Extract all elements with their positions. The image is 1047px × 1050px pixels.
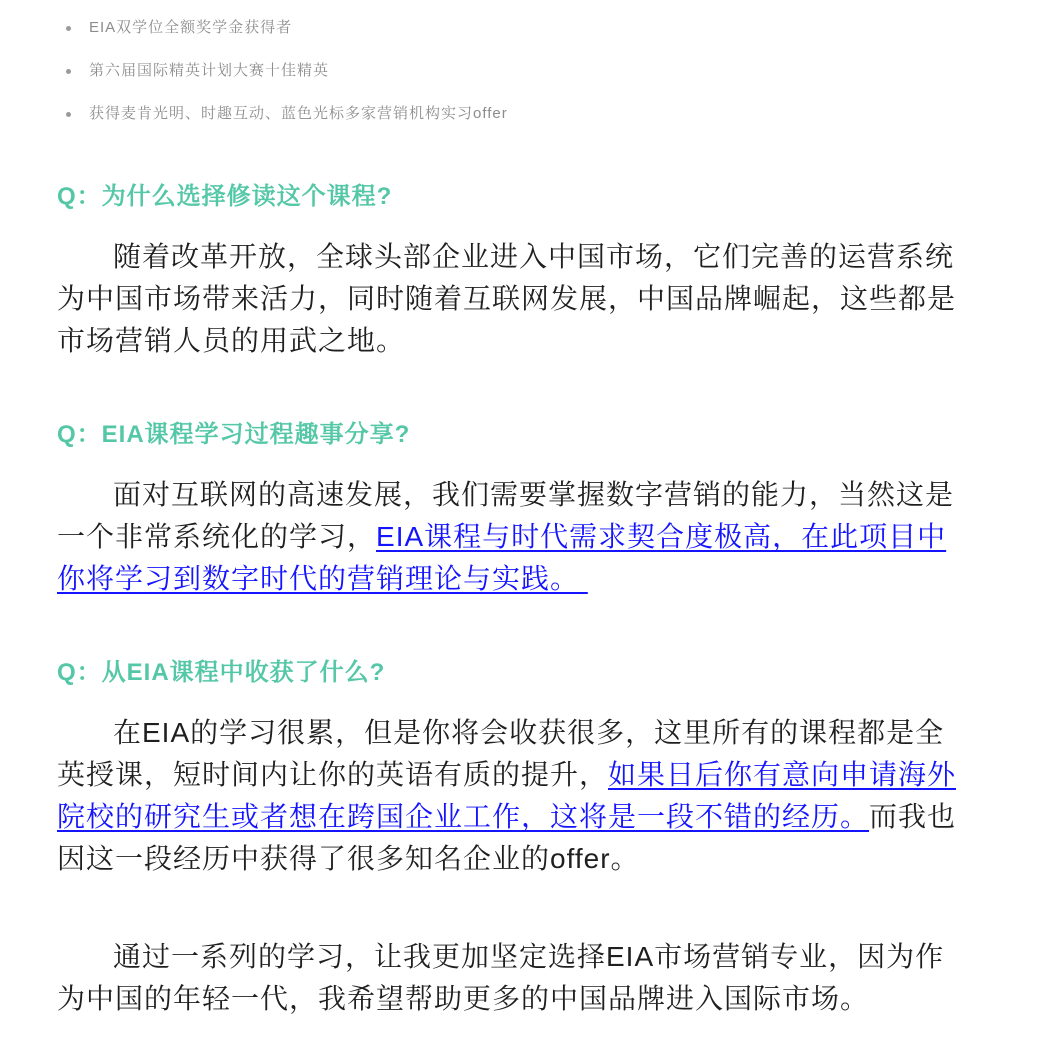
answer-paragraph: 在EIA的学习很累，但是你将会收获很多，这里所有的课程都是全英授课，短时间内让你… [57, 712, 962, 880]
closing-text: 通过一系列的学习，让我更加坚定选择EIA市场营销专业，因为作为中国的年轻一代，我… [57, 941, 944, 1014]
bullet-marker [66, 112, 71, 117]
bullet-marker [66, 26, 71, 31]
achievement-text: 获得麦肯光明、时趣互动、蓝色光标多家营销机构实习offer [89, 105, 508, 122]
answer-text: 随着改革开放，全球头部企业进入中国市场，它们完善的运营系统为中国市场带来活力，同… [57, 241, 956, 356]
achievement-text: 第六届国际精英计划大赛十佳精英 [89, 62, 329, 79]
question-heading: Q：从EIA课程中收获了什么? [57, 655, 962, 691]
qa-section-why-course: Q：为什么选择修读这个课程? 随着改革开放，全球头部企业进入中国市场，它们完善的… [57, 179, 962, 362]
achievement-text: EIA双学位全额奖学金获得者 [89, 19, 292, 36]
bullet-marker [66, 69, 71, 74]
answer-paragraph: 随着改革开放，全球头部企业进入中国市场，它们完善的运营系统为中国市场带来活力，同… [57, 236, 962, 362]
list-item: 第六届国际精英计划大赛十佳精英 [57, 61, 962, 81]
achievement-list: EIA双学位全额奖学金获得者 第六届国际精英计划大赛十佳精英 获得麦肯光明、时趣… [57, 18, 962, 124]
list-item: 获得麦肯光明、时趣互动、蓝色光标多家营销机构实习offer [57, 104, 962, 124]
qa-section-fun-moments: Q：EIA课程学习过程趣事分享? 面对互联网的高速发展，我们需要掌握数字营销的能… [57, 417, 962, 600]
qa-section-gains: Q：从EIA课程中收获了什么? 在EIA的学习很累，但是你将会收获很多，这里所有… [57, 655, 962, 1020]
list-item: EIA双学位全额奖学金获得者 [57, 18, 962, 38]
question-heading: Q：EIA课程学习过程趣事分享? [57, 417, 962, 453]
question-heading: Q：为什么选择修读这个课程? [57, 179, 962, 215]
article-page: EIA双学位全额奖学金获得者 第六届国际精英计划大赛十佳精英 获得麦肯光明、时趣… [0, 0, 1047, 1050]
closing-paragraph: 通过一系列的学习，让我更加坚定选择EIA市场营销专业，因为作为中国的年轻一代，我… [57, 936, 962, 1020]
answer-paragraph: 面对互联网的高速发展，我们需要掌握数字营销的能力，当然这是一个非常系统化的学习，… [57, 474, 962, 600]
